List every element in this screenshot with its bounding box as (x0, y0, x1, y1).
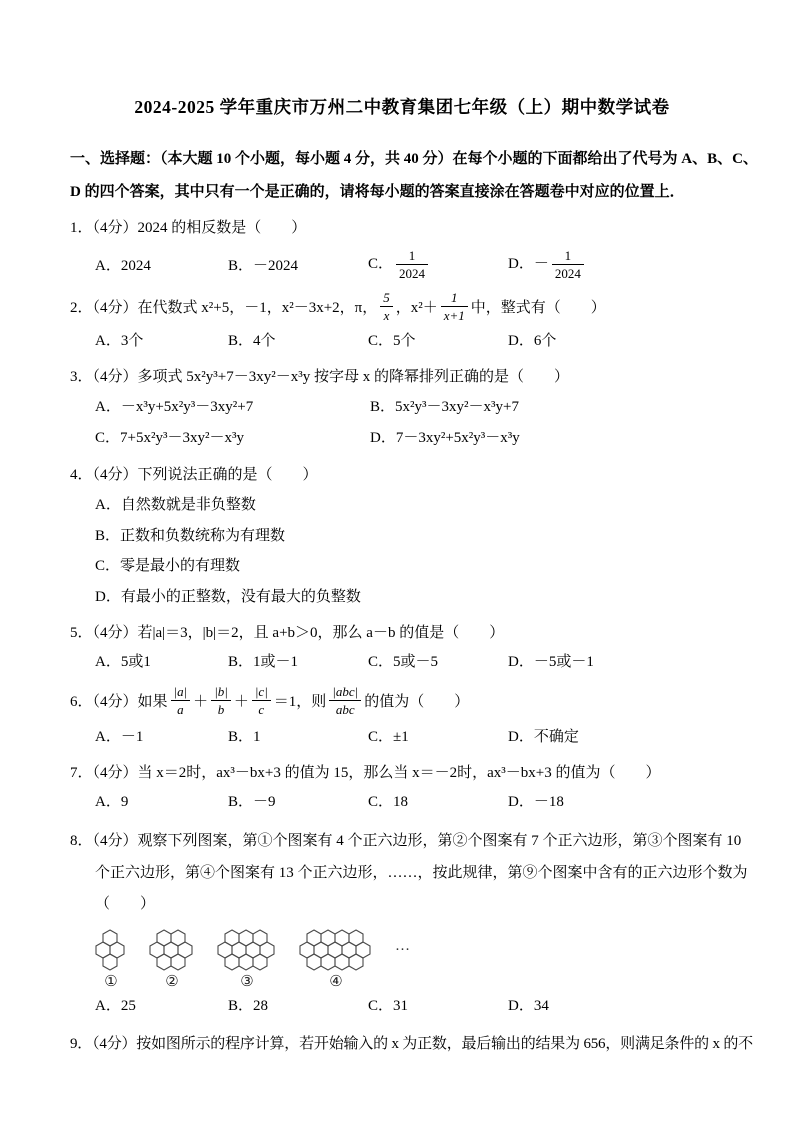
q2-options: A．3个 B．4个 C．5个 D．6个 (95, 327, 734, 356)
fraction: |a|a (171, 685, 191, 716)
fraction-denominator: 2024 (396, 265, 428, 280)
hexagon-figure-3: ③ (217, 929, 277, 990)
fraction: |abc|abc (329, 685, 361, 716)
q8-option-a: A．25 (95, 992, 228, 1021)
q4-option-b: B．正数和负数统称为有理数 (95, 521, 734, 552)
question-1: 1．（4分）2024 的相反数是（ ） A．2024 B．－2024 C．120… (70, 213, 734, 285)
q1-option-c: C．12024 (368, 249, 508, 280)
question-8: 8．（4分）观察下列图案，第①个图案有 4 个正六边形，第②个图案有 7 个正六… (70, 825, 734, 1021)
q6-option-b: B．1 (228, 723, 368, 752)
q6-stem: 6．（4分）如果 |a|a ＋ |b|b ＋ |c|c ＝1，则 |abc|ab… (70, 677, 734, 723)
q5-option-d: D．－5或－1 (508, 648, 734, 677)
q7-option-b: B．－9 (228, 788, 368, 817)
equals-part: ＝1，则 (274, 690, 327, 711)
q4-option-d: D．有最小的正整数，没有最大的负整数 (95, 582, 734, 613)
question-3: 3．（4分）多项式 5x²y³+7－3xy²－x³y 按字母 x 的降幂排列正确… (70, 362, 734, 454)
q8-option-b: B．28 (228, 992, 368, 1021)
fraction-denominator: x+1 (441, 307, 468, 322)
question-4: 4．（4分）下列说法正确的是（ ） A．自然数就是非负整数 B．正数和负数统称为… (70, 460, 734, 612)
figure-3-label: ③ (240, 974, 253, 990)
question-7: 7．（4分）当 x＝2时，ax³－bx+3 的值为 15，那么当 x＝－2时，a… (70, 758, 734, 817)
q4-stem: 4．（4分）下列说法正确的是（ ） (70, 460, 734, 490)
q7-option-c: C．18 (368, 788, 508, 817)
fraction: 5x (380, 291, 393, 322)
q3-option-d: D．7－3xy²+5x²y³－x³y (370, 423, 520, 454)
question-6: 6．（4分）如果 |a|a ＋ |b|b ＋ |c|c ＝1，则 |abc|ab… (70, 677, 734, 752)
q8-options: A．25 B．28 C．31 D．34 (95, 992, 734, 1021)
q8-figure: ① ② (95, 929, 734, 990)
q3-options-row-1: A．－x³y+5x²y³－3xy²+7 B．5x²y³－3xy²－x³y+7 (95, 392, 734, 423)
q1-stem: 1．（4分）2024 的相反数是（ ） (70, 213, 734, 243)
hexagon-figure-1: ① (95, 929, 127, 990)
q8-option-d: D．34 (508, 992, 734, 1021)
question-5: 5．（4分）若|a|＝3，|b|＝2，且 a+b＞0，那么 a－b 的值是（ ）… (70, 618, 734, 677)
figure-2-label: ② (165, 974, 178, 990)
fraction-numerator: 1 (441, 291, 468, 307)
fraction-denominator: 2024 (552, 265, 584, 280)
minus-sign: － (534, 255, 549, 271)
figure-4-label: ④ (329, 974, 342, 990)
q1-option-d-label: D． (508, 255, 534, 271)
plus-sign: ＋ (234, 690, 249, 711)
question-2: 2．（4分）在代数式 x²+5，－1，x²－3x+2，π， 5x ，x²＋ 1x… (70, 285, 734, 356)
q3-option-a: A．－x³y+5x²y³－3xy²+7 (95, 392, 370, 423)
figure-ellipsis: … (395, 938, 411, 955)
q2-stem-part-1: 2．（4分）在代数式 x²+5，－1，x²－3x+2，π， (70, 296, 377, 317)
q3-option-b: B．5x²y³－3xy²－x³y+7 (370, 392, 519, 423)
q2-stem: 2．（4分）在代数式 x²+5，－1，x²－3x+2，π， 5x ，x²＋ 1x… (70, 285, 734, 327)
fraction-numerator: 5 (380, 291, 393, 307)
question-9: 9．（4分）按如图所示的程序计算，若开始输入的 x 为正数，最后输出的结果为 6… (70, 1029, 734, 1059)
hexagon-figure-4: ④ (299, 929, 373, 990)
plus-sign: ＋ (193, 690, 208, 711)
q6-option-c: C．±1 (368, 723, 508, 752)
q6-option-a: A．－1 (95, 723, 228, 752)
q1-option-b: B．－2024 (228, 254, 368, 275)
q4-option-a: A．自然数就是非负整数 (95, 490, 734, 521)
fraction-denominator: b (211, 701, 231, 716)
fraction-numerator: 1 (396, 249, 428, 265)
fraction-numerator: |a| (171, 685, 191, 701)
q6-options: A．－1 B．1 C．±1 D．不确定 (95, 723, 734, 752)
fraction: |b|b (211, 685, 231, 716)
q6-stem-part-2: 的值为（ ） (364, 690, 469, 711)
q1-options: A．2024 B．－2024 C．12024 D．－12024 (95, 243, 734, 285)
intro-line-2: D 的四个答案，其中只有一个是正确的，请将每小题的答案直接涂在答题卷中对应的位置… (70, 176, 734, 209)
fraction-denominator: x (380, 307, 393, 322)
q7-options: A．9 B．－9 C．18 D．－18 (95, 788, 734, 817)
q5-option-b: B．1或－1 (228, 648, 368, 677)
q2-stem-part-3: 中，整式有（ ） (471, 296, 606, 317)
q6-option-d: D．不确定 (508, 723, 734, 752)
q5-options: A．5或1 B．1或－1 C．5或－5 D．－5或－1 (95, 648, 734, 677)
intro-line-1: 一、选择题：（本大题 10 个小题，每小题 4 分，共 40 分）在每个小题的下… (70, 143, 734, 176)
q7-stem: 7．（4分）当 x＝2时，ax³－bx+3 的值为 15，那么当 x＝－2时，a… (70, 758, 734, 788)
fraction-denominator: a (171, 701, 191, 716)
q2-option-b: B．4个 (228, 327, 368, 356)
q7-option-a: A．9 (95, 788, 228, 817)
q2-stem-part-2: ，x²＋ (396, 296, 438, 317)
q3-option-c: C．7+5x²y³－3xy²－x³y (95, 423, 370, 454)
q1-option-a: A．2024 (95, 254, 228, 275)
fraction-denominator: abc (329, 701, 361, 716)
figure-1-label: ① (104, 974, 117, 990)
fraction-numerator: 1 (552, 249, 584, 265)
hexagon-pattern-2-image (149, 929, 195, 971)
q2-option-a: A．3个 (95, 327, 228, 356)
q9-stem-line-1: 9．（4分）按如图所示的程序计算，若开始输入的 x 为正数，最后输出的结果为 6… (70, 1029, 734, 1059)
fraction-numerator: |abc| (329, 685, 361, 701)
q8-stem-line-3: （ ） (95, 889, 734, 919)
exam-page: 2024-2025 学年重庆市万州二中教育集团七年级（上）期中数学试卷 一、选择… (0, 0, 794, 1123)
section-intro: 一、选择题：（本大题 10 个小题，每小题 4 分，共 40 分）在每个小题的下… (70, 143, 734, 209)
q5-option-c: C．5或－5 (368, 648, 508, 677)
fraction-denominator: c (252, 701, 271, 716)
q1-option-d: D．－12024 (508, 249, 734, 280)
hexagon-pattern-3-image (217, 929, 277, 971)
q5-stem: 5．（4分）若|a|＝3，|b|＝2，且 a+b＞0，那么 a－b 的值是（ ） (70, 618, 734, 648)
q6-stem-part-1: 6．（4分）如果 (70, 690, 168, 711)
q5-option-a: A．5或1 (95, 648, 228, 677)
q8-stem-line-1: 8．（4分）观察下列图案，第①个图案有 4 个正六边形，第②个图案有 7 个正六… (70, 825, 734, 857)
fraction: 1x+1 (441, 291, 468, 322)
hexagon-pattern-1-image (95, 929, 127, 971)
q8-option-c: C．31 (368, 992, 508, 1021)
fraction: 12024 (396, 249, 428, 280)
q8-stem-line-2: 个正六边形，第④个图案有 13 个正六边形，……，按此规律，第⑨个图案中含有的正… (95, 857, 734, 889)
q3-options-row-2: C．7+5x²y³－3xy²－x³y D．7－3xy²+5x²y³－x³y (95, 423, 734, 454)
q1-option-c-label: C． (368, 255, 393, 271)
q3-stem: 3．（4分）多项式 5x²y³+7－3xy²－x³y 按字母 x 的降幂排列正确… (70, 362, 734, 392)
fraction-numerator: |b| (211, 685, 231, 701)
fraction: 12024 (552, 249, 584, 280)
q7-option-d: D．－18 (508, 788, 734, 817)
fraction-numerator: |c| (252, 685, 271, 701)
q2-option-c: C．5个 (368, 327, 508, 356)
fraction: |c|c (252, 685, 271, 716)
q4-option-c: C．零是最小的有理数 (95, 551, 734, 582)
hexagon-figure-2: ② (149, 929, 195, 990)
q2-option-d: D．6个 (508, 327, 734, 356)
page-title: 2024-2025 学年重庆市万州二中教育集团七年级（上）期中数学试卷 (70, 95, 734, 119)
hexagon-pattern-4-image (299, 929, 373, 971)
